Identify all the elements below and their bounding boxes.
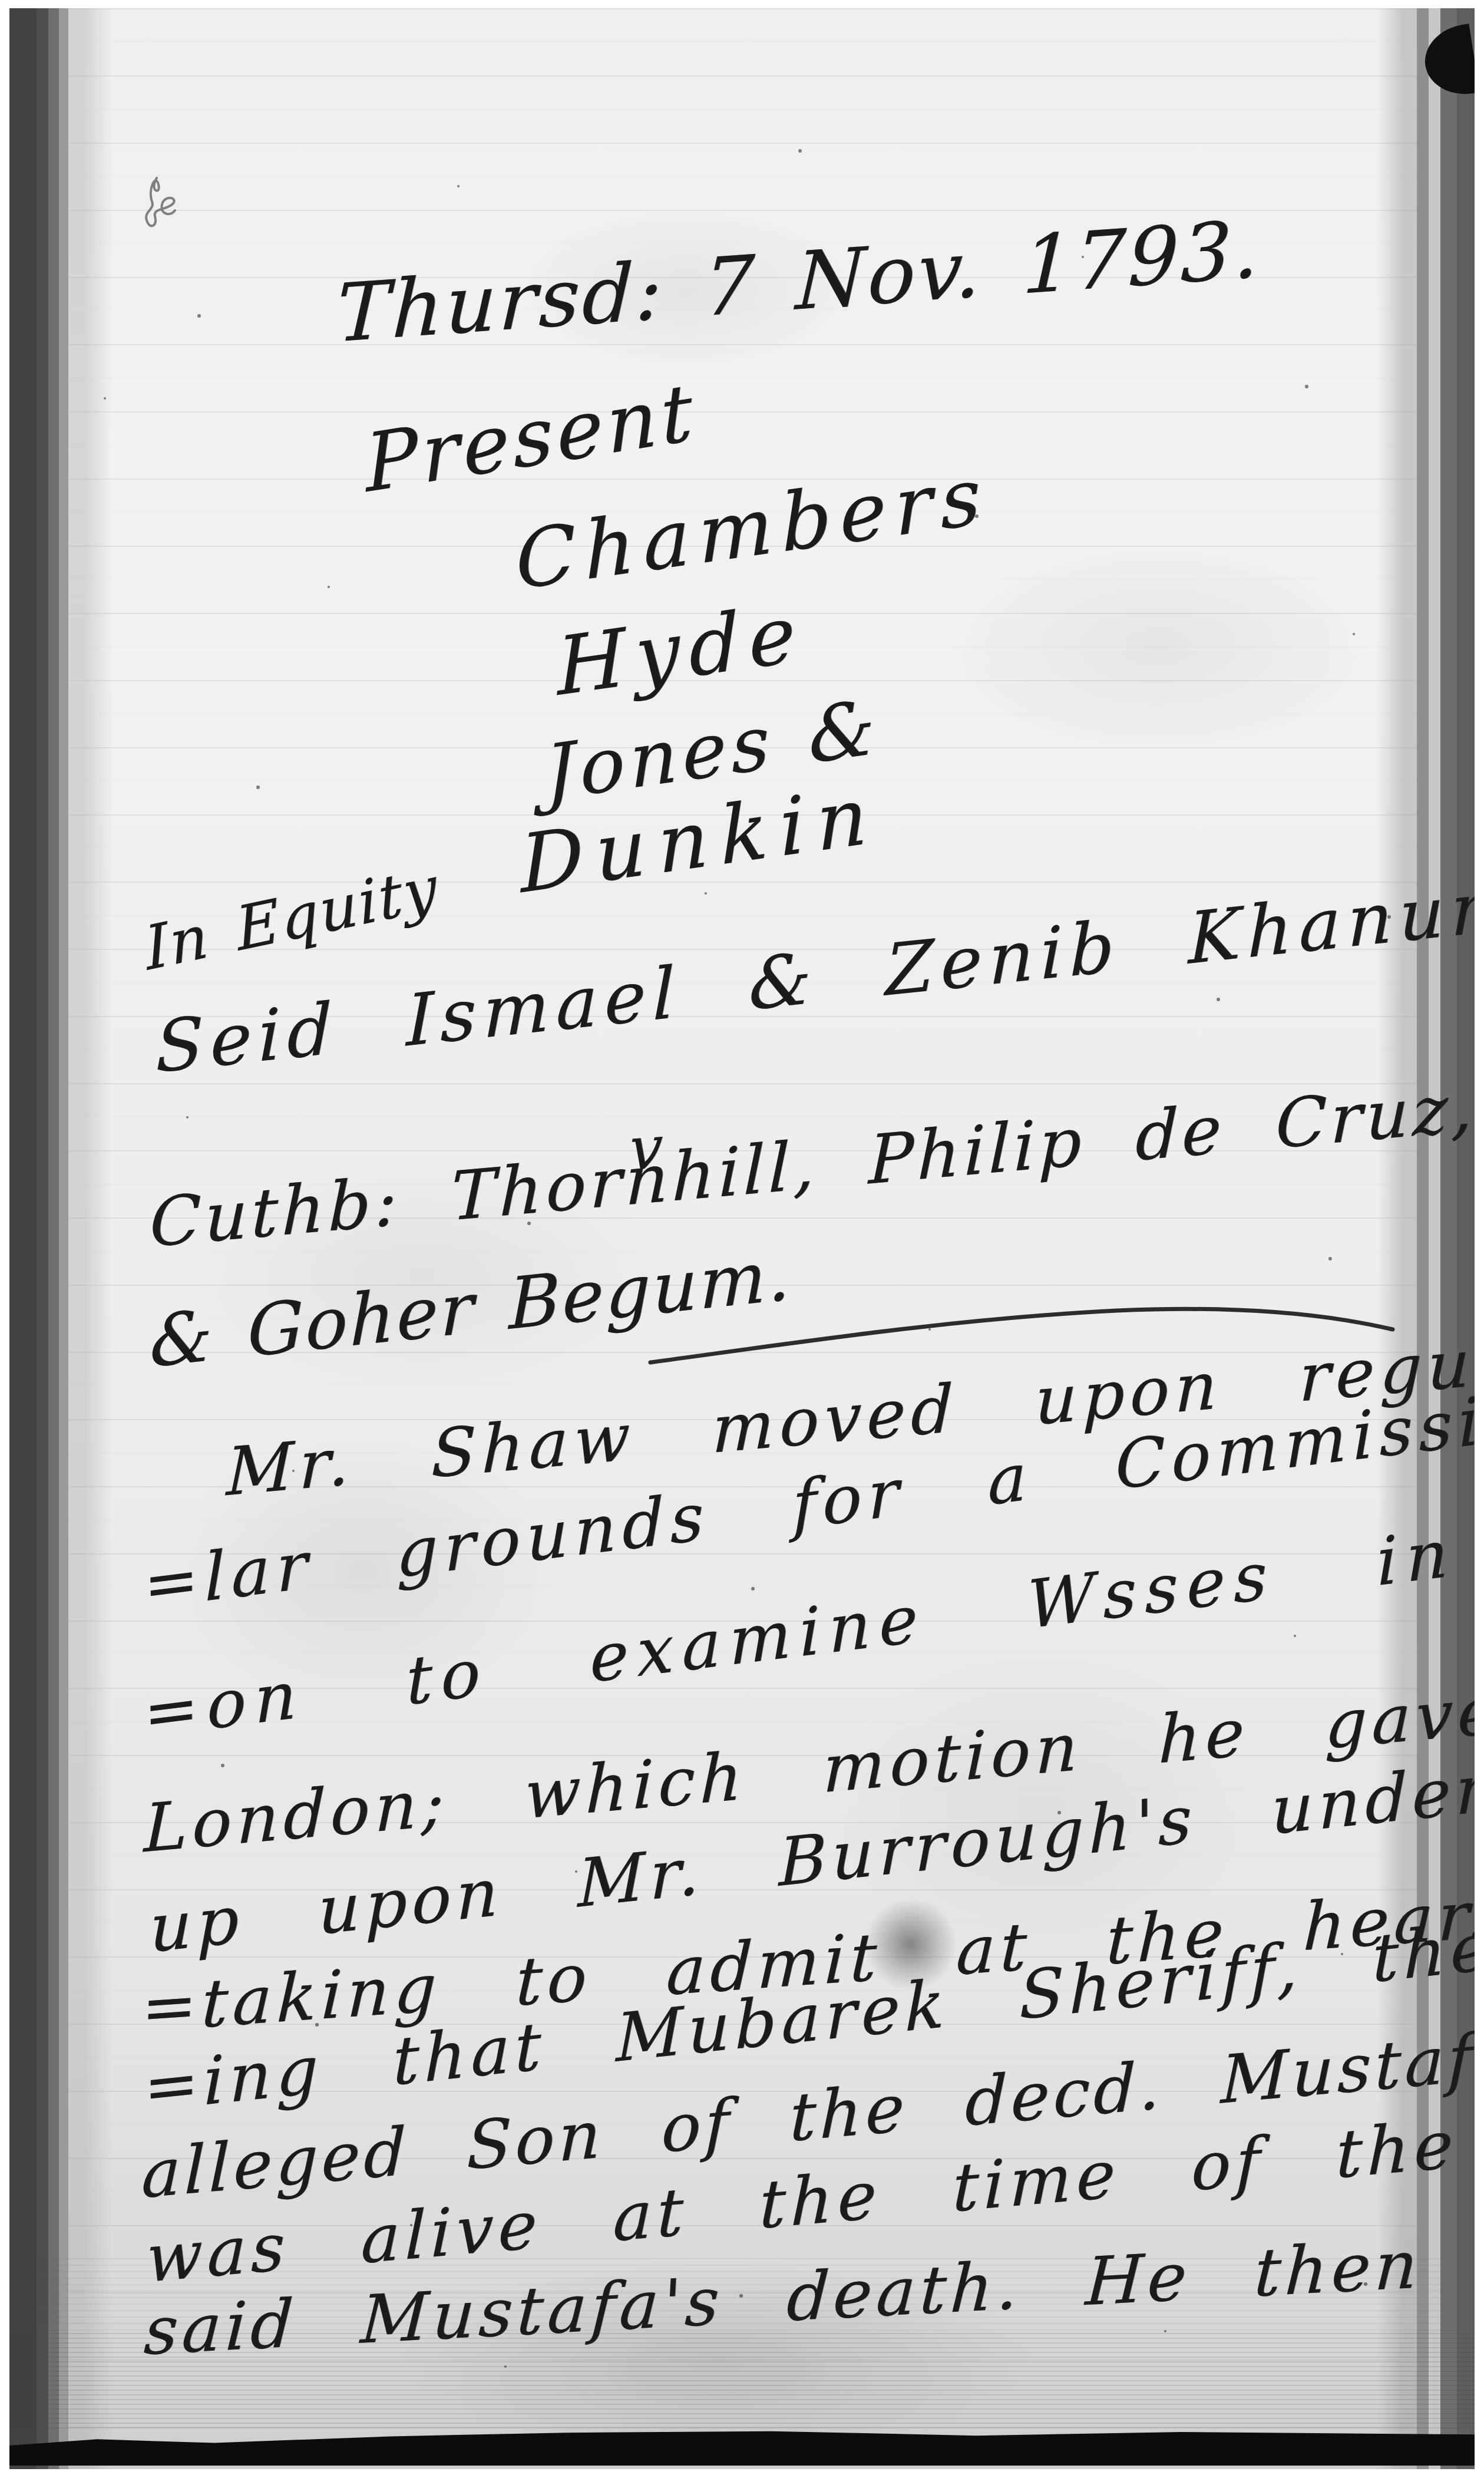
page: Thursd: 7 Nov. 1793. Present Chambers Hy…	[9, 8, 1475, 2469]
ink-scribble-mark	[134, 174, 184, 233]
dust-specks	[9, 8, 12, 11]
binding-shadow-left	[9, 8, 113, 2469]
manuscript-scan: Thursd: 7 Nov. 1793. Present Chambers Hy…	[0, 0, 1484, 2475]
